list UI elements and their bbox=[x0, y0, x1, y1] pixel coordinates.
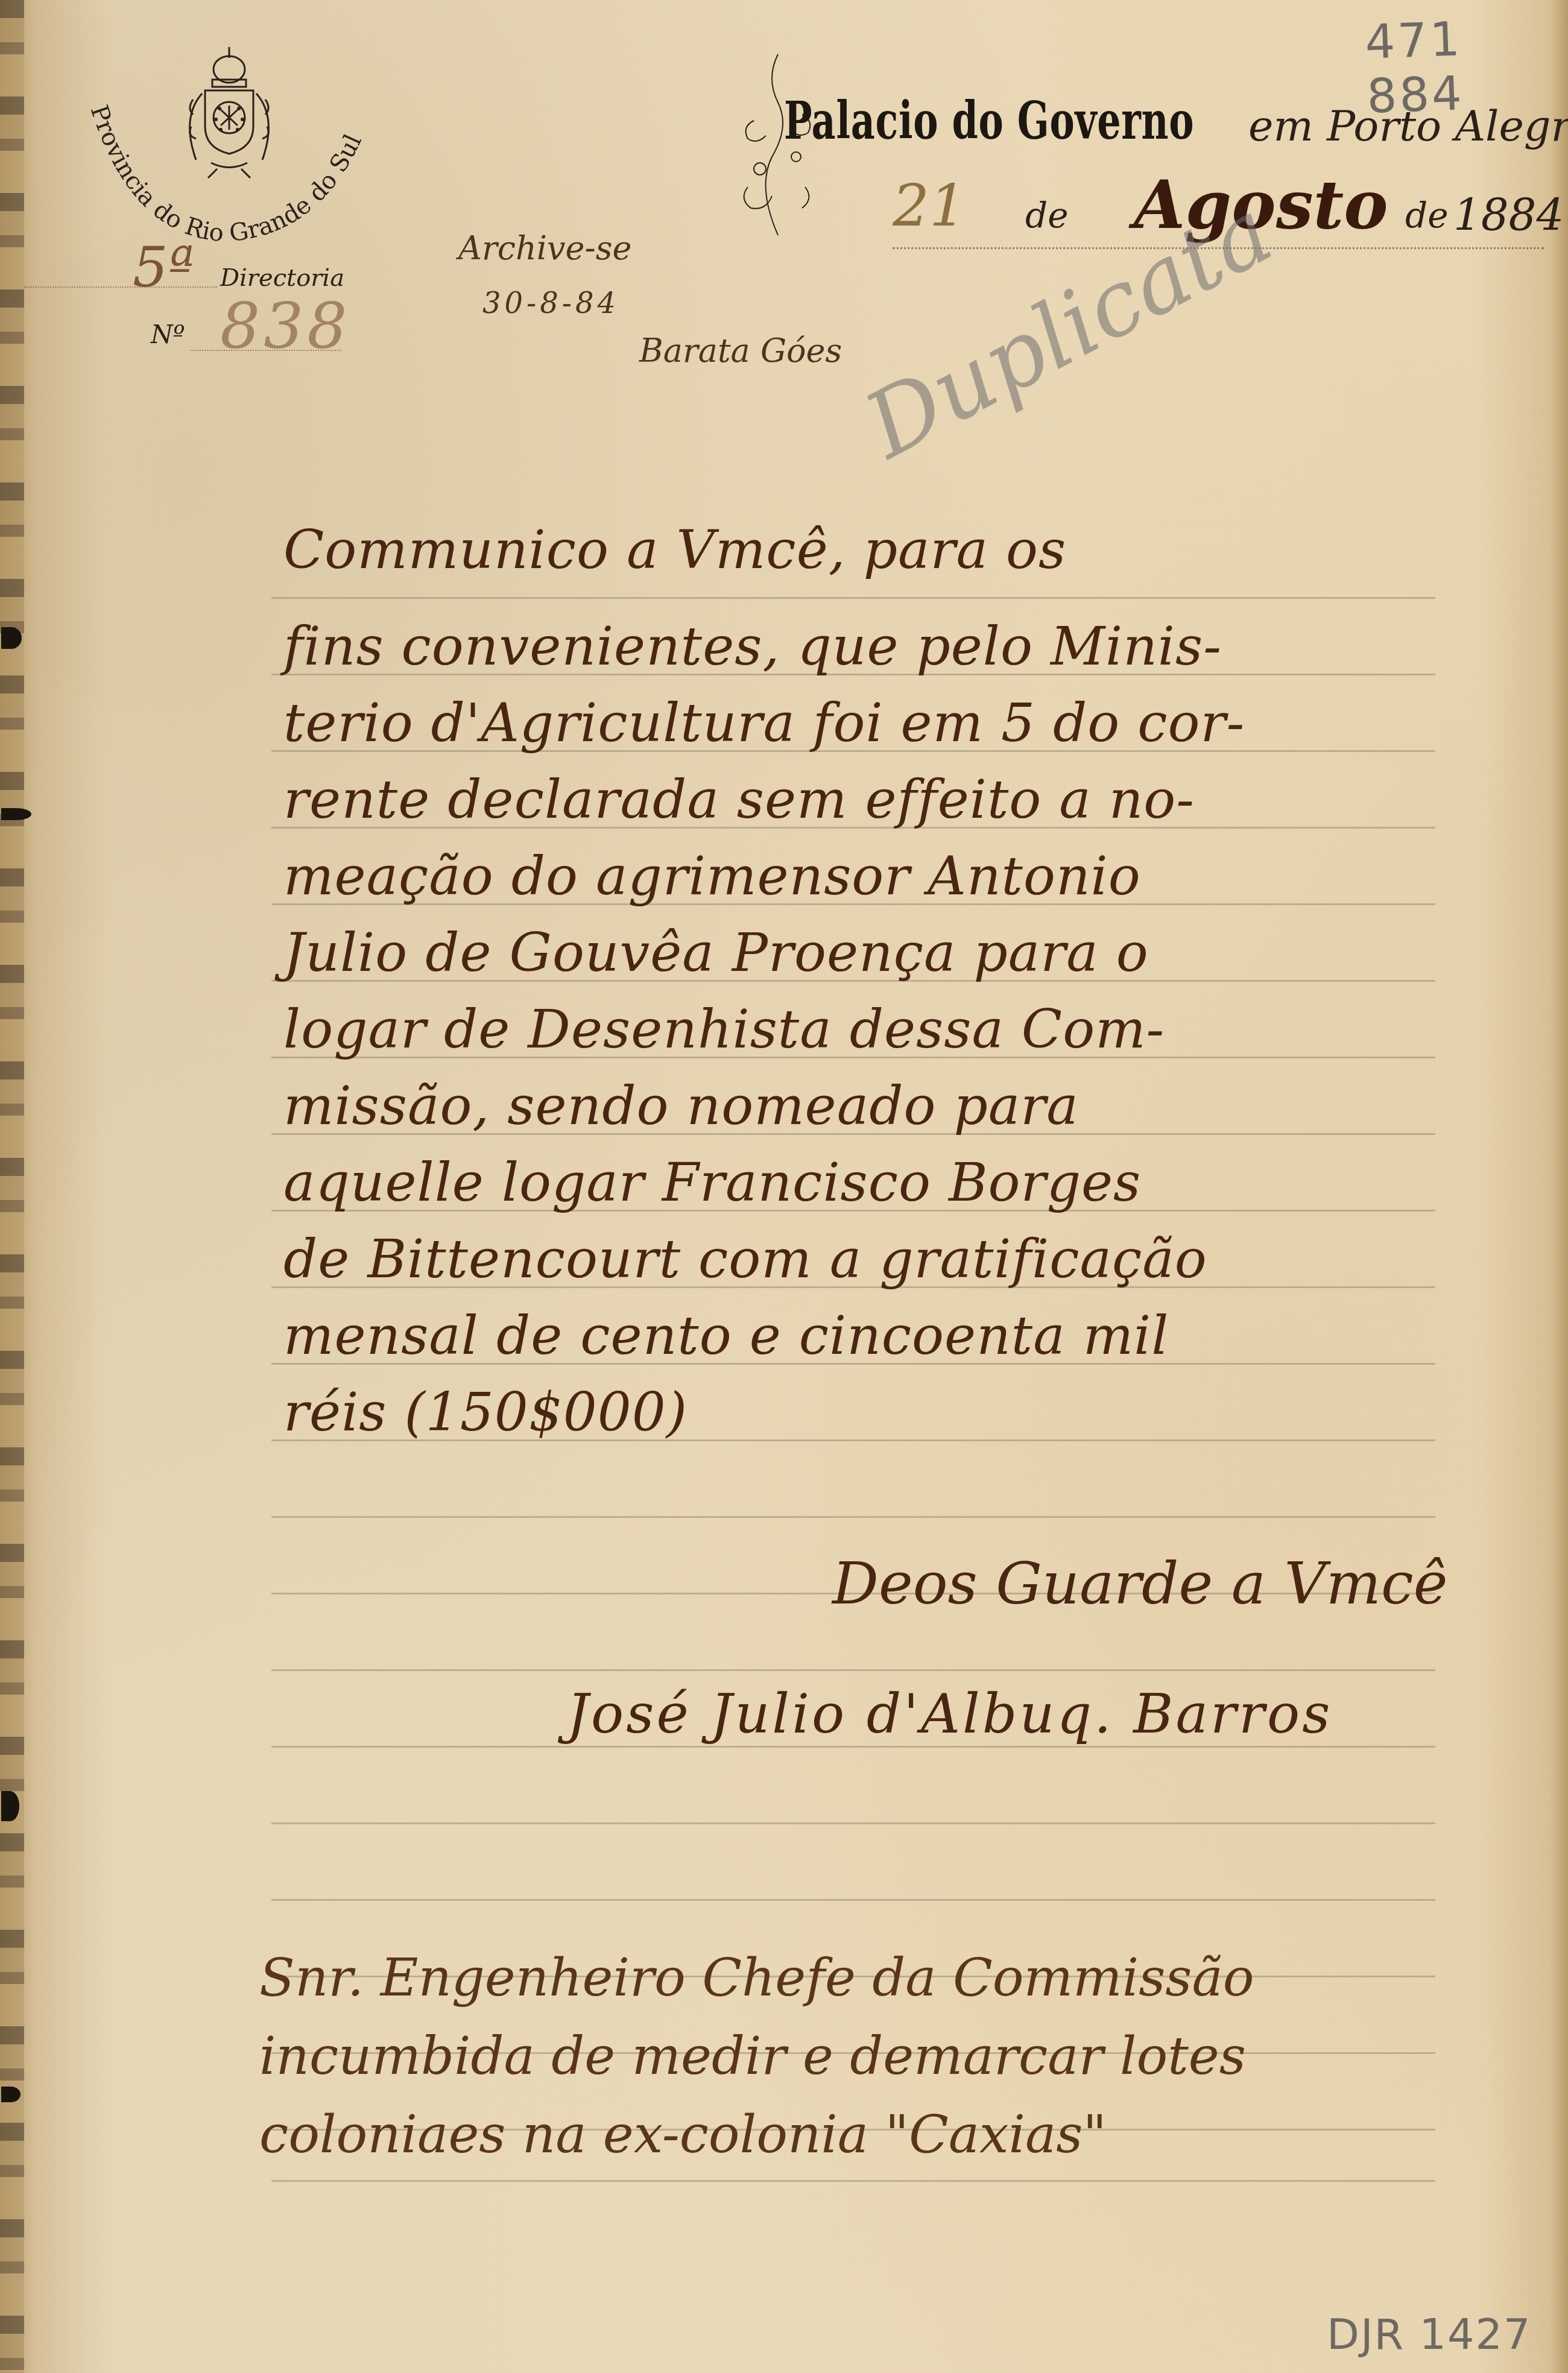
addressee-line: coloniaes na ex-colonia "Caxias" bbox=[259, 2105, 1107, 2165]
body-line: mensal de cento e cincoenta mil bbox=[283, 1304, 1169, 1367]
archive-id-pencil: DJR 1427 bbox=[1327, 2310, 1532, 2359]
document-page: Provincia do Rio Grande do Sul Palacio d… bbox=[0, 0, 1568, 2373]
svg-text:Provincia do Rio Grande do Sul: Provincia do Rio Grande do Sul bbox=[84, 102, 367, 248]
archive-signature: Barata Góes bbox=[639, 332, 842, 370]
torn-edge-mark bbox=[1, 2087, 21, 2102]
signature: José Julio d'Albuq. Barros bbox=[567, 1683, 1332, 1746]
body-line: meação do agrimensor Antonio bbox=[283, 845, 1141, 907]
torn-edge-mark bbox=[1, 627, 22, 649]
archive-instruction: Archive-se bbox=[458, 229, 631, 267]
body-line: rente declarada sem effeito a no- bbox=[283, 768, 1195, 830]
directoria-label: Directoria bbox=[220, 264, 344, 292]
body-line: aquelle logar Francisco Borges bbox=[283, 1151, 1141, 1213]
archive-date: 30-8-84 bbox=[482, 286, 619, 320]
number-value: 838 bbox=[220, 289, 351, 363]
body-line: terio d'Agricultura foi em 5 do cor- bbox=[283, 692, 1245, 754]
reference-number: 471 884 bbox=[1364, 8, 1568, 124]
addressee-line: Snr. Engenheiro Chefe da Commissão bbox=[259, 1948, 1254, 2008]
body-line: missão, sendo nomeado para bbox=[283, 1075, 1079, 1137]
torn-edge-mark bbox=[1, 1791, 19, 1821]
archive-annotation: Archive-se 30-8-84 Barata Góes bbox=[458, 229, 880, 380]
directoria: 5ª Directoria bbox=[133, 241, 434, 295]
body-line: fins convenientes, que pelo Minis- bbox=[283, 615, 1222, 677]
date-day: 21 bbox=[893, 172, 966, 239]
body-line: de Bittencourt com a gratificação bbox=[283, 1228, 1207, 1290]
document-number: Nº 838 bbox=[151, 289, 452, 356]
body-line: réis (150$000) bbox=[283, 1381, 688, 1443]
number-label: Nº bbox=[151, 320, 185, 349]
date-preposition: de bbox=[1405, 195, 1448, 236]
letterhead-title: Palacio do Governo bbox=[784, 90, 1194, 151]
closing-salutation: Deos Guarde a Vmcê bbox=[832, 1550, 1447, 1617]
body-line: Communico a Vmcê, para os bbox=[283, 519, 1066, 581]
date-year: 1884. bbox=[1453, 190, 1568, 241]
body-line: logar de Desenhista dessa Com- bbox=[283, 998, 1165, 1060]
body-line: Julio de Gouvêa Proença para o bbox=[283, 921, 1149, 984]
torn-edge-mark bbox=[1, 808, 31, 820]
addressee-line: incumbida de medir e demarcar lotes bbox=[259, 2026, 1246, 2087]
date-preposition: de bbox=[1025, 195, 1068, 236]
